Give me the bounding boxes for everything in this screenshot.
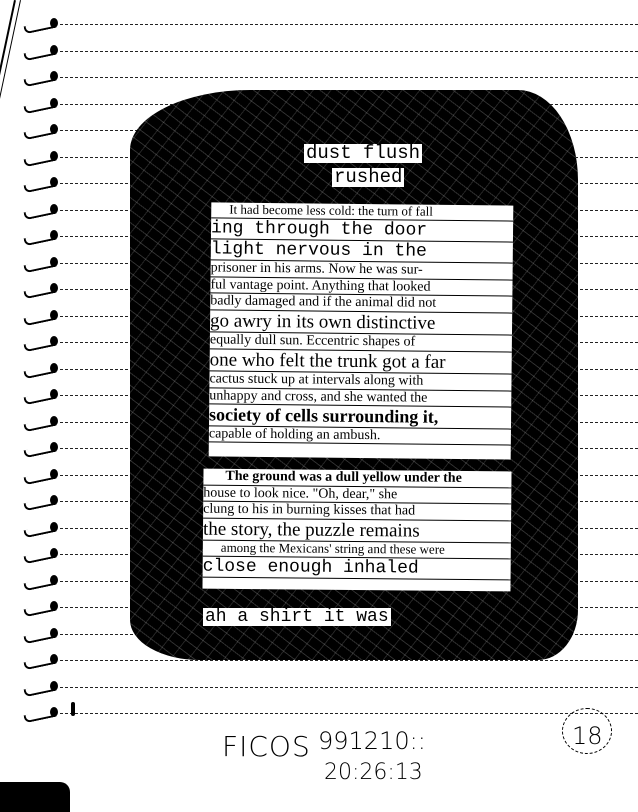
collage-text-line: go awry in its own distinctive [210,310,512,335]
spiral-ring [24,204,58,214]
spiral-ring [24,442,58,452]
ruled-line [60,713,638,714]
collage-text-line: capable of holding an ambush. [209,426,511,446]
collage-text-line: one who felt the trunk got a far [210,349,512,374]
page-number: 18 [572,722,603,750]
headline-strip: rushed [332,168,404,187]
handwritten-time: 20:26:13 [324,760,423,785]
spiral-ring [24,45,58,55]
spiral-ring [24,336,58,346]
spiral-ring [24,495,58,505]
text-block-one: It had become less cold: the turn of fal… [209,202,514,459]
spiral-ring [24,151,58,161]
spiral-ring [24,548,58,558]
spiral-ring [24,469,58,479]
spiral-ring [24,628,58,638]
spiral-ring [24,522,58,532]
collage-text-line: the story, the puzzle remains [203,519,511,544]
spiral-ring [24,363,58,373]
handwritten-label: FICOS [222,730,311,763]
ink-mark [71,702,75,716]
notebook-page: dust flush rushed It had become less col… [0,0,638,812]
scan-shadow [0,782,70,812]
ruled-line [60,24,638,25]
spiral-ring [24,98,58,108]
headline-strip: dust flush [304,144,422,163]
ruled-line [60,687,638,688]
spiral-ring [24,575,58,585]
spiral-ring [24,707,58,717]
spiral-ring [24,416,58,426]
spiral-ring [24,654,58,664]
spiral-ring [24,257,58,267]
spiral-ring [24,230,58,240]
spiral-ring [24,177,58,187]
spiral-ring [24,18,58,28]
text-block-two: The ground was a dull yellow under theho… [202,469,511,592]
ruled-line [60,77,638,78]
spiral-ring [24,310,58,320]
collage-text-line: close enough inhaled [203,556,511,580]
ruled-line [60,51,638,52]
spiral-ring [24,283,58,293]
spiral-ring [24,389,58,399]
spiral-ring [24,124,58,134]
handwritten-date: 991210:: [318,727,426,755]
spiral-ring [24,71,58,81]
footer-strip: ah a shirt it was [203,608,391,626]
spiral-ring [24,601,58,611]
spiral-ring [24,681,58,691]
ruled-line [60,660,638,661]
